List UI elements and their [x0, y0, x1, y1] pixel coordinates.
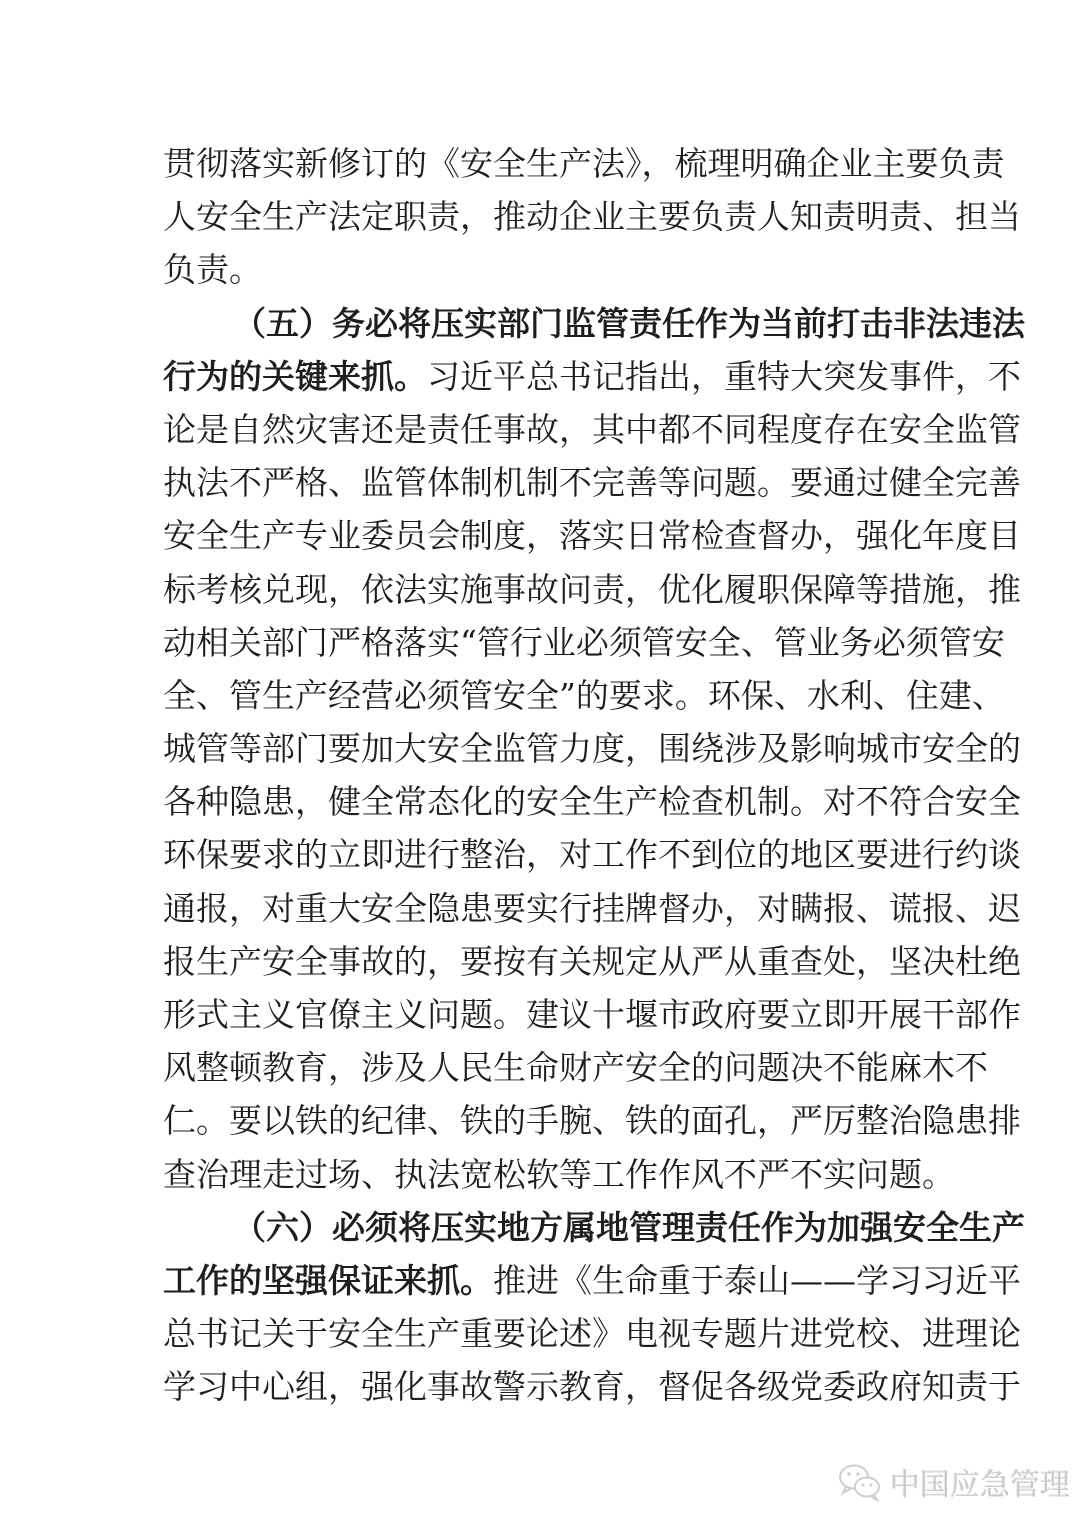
paragraph-section-5: （五）务必将压实部门监管责任作为当前打击非法违法 行为的关键来抓。习近平总书记指… — [163, 297, 915, 1201]
text-line: 负责。 — [163, 243, 915, 296]
text-line: 安全生产专业委员会制度，落实日常检查督办，强化年度目 — [163, 509, 915, 562]
text-line: 城管等部门要加大安全监管力度，围绕涉及影响城市安全的 — [163, 722, 915, 775]
text-line: 全、管生产经营必须管安全”的要求。环保、水利、住建、 — [163, 669, 915, 722]
paragraph-continuation: 贯彻落实新修订的《安全生产法》，梳理明确企业主要负责 人安全生产法定职责，推动企… — [163, 137, 915, 297]
text-line: 报生产安全事故的，要按有关规定从严从重查处，坚决杜绝 — [163, 935, 915, 988]
text-line: 查治理走过场、执法宽松软等工作作风不严不实问题。 — [163, 1148, 915, 1201]
text-line: 仁。要以铁的纪律、铁的手腕、铁的面孔，严厉整治隐患排 — [163, 1094, 915, 1147]
text-line: 环保要求的立即进行整治，对工作不到位的地区要进行约谈 — [163, 828, 915, 881]
watermark: 中国应急管理 — [838, 1460, 1070, 1504]
section-heading: （五）务必将压实部门监管责任作为当前打击非法违法 — [163, 297, 915, 350]
section-heading-continuation: 行为的关键来抓。 — [163, 357, 427, 396]
text-line: 贯彻落实新修订的《安全生产法》，梳理明确企业主要负责 — [163, 137, 915, 190]
text-fragment: 习近平总书记指出，重特大突发事件，不 — [427, 357, 1021, 396]
text-fragment: 推进《生命重于泰山——学习习近平 — [493, 1261, 1021, 1300]
wechat-icon — [838, 1462, 882, 1502]
text-line: 标考核兑现，依法实施事故问责，优化履职保障等措施，推 — [163, 563, 915, 616]
section-heading: （六）必须将压实地方属地管理责任作为加强安全生产 — [163, 1201, 915, 1254]
text-line: 动相关部门严格落实“管行业必须管安全、管业务必须管安 — [163, 616, 915, 669]
watermark-text: 中国应急管理 — [890, 1460, 1070, 1504]
text-line: 执法不严格、监管体制机制不完善等问题。要通过健全完善 — [163, 456, 915, 509]
text-line: 风整顿教育，涉及人民生命财产安全的问题决不能麻木不 — [163, 1041, 915, 1094]
text-line: 各种隐患，健全常态化的安全生产检查机制。对不符合安全 — [163, 775, 915, 828]
text-line: 通报，对重大安全隐患要实行挂牌督办，对瞒报、谎报、迟 — [163, 882, 915, 935]
text-line: 总书记关于安全生产重要论述》电视专题片进党校、进理论 — [163, 1307, 915, 1360]
paragraph-section-6: （六）必须将压实地方属地管理责任作为加强安全生产 工作的坚强保证来抓。推进《生命… — [163, 1201, 915, 1414]
text-line: 人安全生产法定职责，推动企业主要负责人知责明责、担当 — [163, 190, 915, 243]
document-page: 贯彻落实新修订的《安全生产法》，梳理明确企业主要负责 人安全生产法定职责，推动企… — [163, 137, 915, 1414]
text-line: 工作的坚强保证来抓。推进《生命重于泰山——学习习近平 — [163, 1254, 915, 1307]
text-line: 论是自然灾害还是责任事故，其中都不同程度存在安全监管 — [163, 403, 915, 456]
text-line: 行为的关键来抓。习近平总书记指出，重特大突发事件，不 — [163, 350, 915, 403]
section-heading-continuation: 工作的坚强保证来抓。 — [163, 1261, 493, 1300]
text-line: 学习中心组，强化事故警示教育，督促各级党委政府知责于 — [163, 1360, 915, 1413]
text-line: 形式主义官僚主义问题。建议十堰市政府要立即开展干部作 — [163, 988, 915, 1041]
